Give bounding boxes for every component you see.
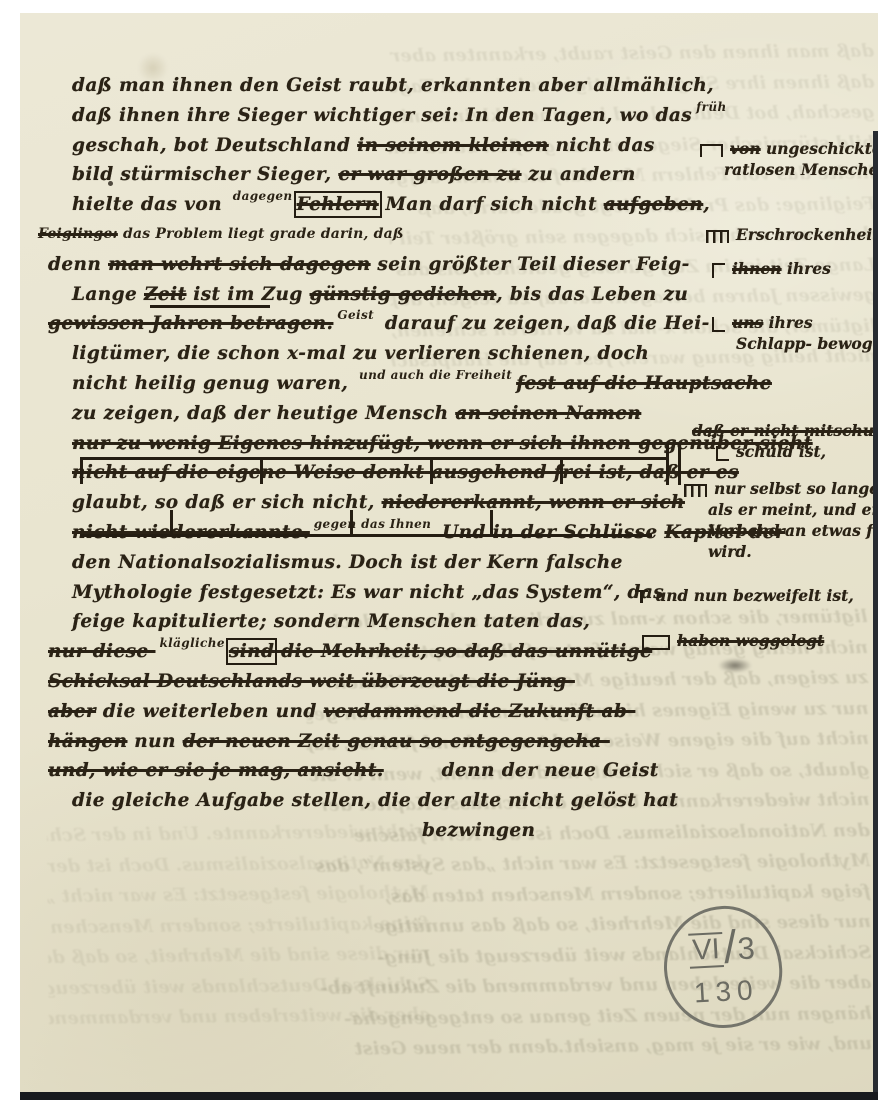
handwriting-segment: als er meint, und erst im [708, 500, 878, 519]
handwriting-segment: feige kapitulierte; sondern Menschen tat… [72, 611, 590, 632]
handwriting-segment: fest auf die Hauptsache [516, 373, 772, 394]
handwriting-segment: ihnen [732, 259, 782, 278]
handwriting-segment: den Nationalsozialismus. Doch ist der Ke… [72, 552, 623, 573]
archive-number-top: VI / 3 [688, 925, 756, 974]
revision-stroke [350, 510, 353, 537]
ink-smudge [718, 658, 752, 673]
handwriting-segment: haben weggelegt [677, 631, 824, 650]
handwriting-segment: uns [732, 313, 763, 332]
archive-number-circle: VI / 3 130 [661, 903, 785, 1031]
handwriting-segment: unnütige [555, 641, 652, 662]
handwriting-segment: aber [48, 701, 96, 722]
scanned-manuscript-page: daß man ihnen den Geist raubt, erkannten… [0, 0, 884, 1114]
handwriting-segment: ligtümer, die schon x-mal zu verlieren s… [72, 343, 649, 364]
manuscript-line: die gleiche Aufgabe stellen, die der alt… [72, 786, 712, 816]
handwriting-segment: aufgeben [604, 194, 703, 215]
manuscript-line: hängen nun der neuen Zeit genau so entge… [48, 727, 712, 757]
insertion-gate-icon [700, 144, 723, 157]
manuscript-line: und, wie er sie je mag, ansieht.denn der… [48, 756, 712, 786]
handwriting-segment: ist im Zug [186, 284, 309, 305]
manuscript-line: nicht auf die eigene Weise denkt ausgehe… [72, 458, 712, 488]
handwriting-segment: hängen [48, 731, 127, 752]
scan-edge-bottom [20, 1092, 878, 1100]
handwriting-segment: Feiglinge: [38, 226, 118, 242]
handwriting-segment: ihres [763, 313, 812, 332]
handwriting-segment: von [730, 139, 761, 158]
handwriting-segment: Zeit [144, 284, 186, 305]
interline-insertion: dagegen [233, 189, 293, 203]
handwriting-segment: er war großen zu [338, 164, 521, 185]
insertion-box-icon [642, 635, 670, 650]
handwriting-segment: nicht auf die eigene Weise denkt [72, 462, 424, 483]
manuscript-line: Schicksal Deutschlands weit überzeugt di… [48, 667, 712, 697]
handwriting-segment: Schicksal Deutschlands [48, 671, 303, 692]
handwriting-segment: Fehlern [297, 194, 379, 215]
handwriting-segment: Lange [72, 284, 144, 305]
insertion-grid-icon [684, 484, 707, 497]
handwriting-segment: hielte das von [72, 194, 229, 215]
manuscript-line: nur zu wenig Eigenes hinzufügt, wenn er … [72, 429, 712, 459]
handwriting-segment: daß er nicht mitschul- [692, 421, 878, 440]
handwriting-segment: ihres [782, 259, 831, 278]
manuscript-line: gewissen Jahren betragen.Geist darauf zu… [48, 309, 712, 339]
handwriting-segment: geschah, bot Deutschland [72, 135, 357, 156]
handwriting-segment: daß man ihnen den Geist raubt, erkannten… [72, 75, 714, 96]
margin-note: daß er nicht mitschul-schuld ist, [692, 420, 878, 462]
margin-note: Erschrockenheit, [706, 224, 878, 245]
handwriting-segment: die Mehrheit, so daß das [274, 641, 555, 662]
handwriting-segment: die gleiche Aufgabe stellen, die der alt… [72, 790, 678, 811]
bracket-bottom-icon [712, 317, 725, 332]
handwriting-segment: daß ihnen ihre Sieger wichtiger sei: In … [72, 105, 692, 126]
handwriting-segment: sind [229, 641, 274, 662]
handwriting-segment: Verband an etwas festem [708, 521, 878, 540]
handwriting-segment: nicht das [549, 135, 655, 156]
handwriting-segment: günstig gediehen [310, 284, 497, 305]
handwriting-segment: in seinem kleinen [357, 135, 548, 156]
handwriting-segment: nur diese [48, 641, 155, 662]
manuscript-line: daß man ihnen den Geist raubt, erkannten… [72, 71, 712, 101]
manuscript-line: daß ihnen ihre Sieger wichtiger sei: In … [72, 101, 712, 131]
handwriting-segment: wird. [708, 542, 752, 561]
manuscript-line: denn man wehrt sich dagegen sein größter… [48, 250, 712, 280]
handwriting-segment: nur selbst so lange es ist, [714, 479, 878, 498]
archive-page-number: 130 [693, 974, 759, 1009]
handwriting-segment: niedererkannt, wenn er sich [382, 492, 685, 513]
handwriting-segment: weit überzeugt die Jüng- [303, 671, 575, 692]
interline-insertion: und auch die Freiheit [359, 368, 512, 382]
handwriting-segment: Man darf sich nicht [379, 194, 604, 215]
handwriting-segment: denn [48, 254, 108, 275]
handwriting-segment: Erschrockenheit, [736, 225, 878, 244]
handwriting-segment: bezwingen [422, 820, 535, 841]
margin-note: von ungeschickten,ratlosen Menschen- [700, 138, 878, 180]
revision-stroke [490, 510, 493, 537]
interline-insertion: früh [696, 100, 727, 114]
handwriting-segment: und nun bezweifelt ist, [655, 586, 854, 605]
bracket-bottom-icon [716, 446, 729, 461]
manuscript-line: zu zeigen, daß der heutige Mensch an sei… [72, 399, 712, 429]
handwriting-segment: Schlapp- bewog [736, 334, 873, 353]
margin-note: nur selbst so lange es ist,als er meint,… [684, 478, 878, 562]
margin-note: ihnen ihres [712, 258, 831, 279]
revision-stroke [80, 457, 668, 460]
handwriting-segment: glaubt, so daß er sich nicht, [72, 492, 382, 513]
verso-bleedthrough-bottom-left: nicht wiedererkannte. Und in der Schlüss… [47, 817, 431, 1049]
handwriting-segment: , bis das Leben zu [496, 284, 688, 305]
handwriting-segment: denn der neue Geist [442, 760, 659, 781]
handwriting-segment: und, wie er sie je mag, ansieht. [48, 760, 384, 781]
handwriting-segment: nicht heilig genug waren, [72, 373, 355, 394]
manuscript-line: bild stürmischer Sieger, er war großen z… [72, 160, 712, 190]
interline-insertion: gegen das Ihnen [314, 517, 431, 531]
manuscript-line: hielte das von dagegenFehlern Man darf s… [72, 190, 712, 220]
revision-stroke [260, 457, 263, 484]
revision-stroke [430, 457, 433, 484]
handwriting-segment: nun [127, 731, 182, 752]
handwriting-segment: nicht wiedererkannte. [72, 522, 310, 543]
handwriting-segment: Und in der Schlüsse [435, 522, 664, 543]
manuscript-line: nicht wiedererkannte.gegen das Ihnen Und… [72, 518, 712, 548]
manuscript-line: aber die weiterleben und verdammend die … [48, 697, 712, 727]
interline-insertion: Geist [337, 308, 374, 322]
paper-stain [138, 53, 168, 83]
scan-edge-right [873, 131, 878, 1100]
handwriting-segment: gewissen Jahren betragen. [48, 313, 333, 334]
manuscript-line: Mythologie festgesetzt: Es war nicht „da… [72, 578, 712, 608]
manuscript-line: Feiglinge: das Problem liegt grade darin… [38, 220, 712, 250]
manuscript-line: nur diese kläglichesind die Mehrheit, so… [48, 637, 712, 667]
bracket-top-icon [712, 263, 725, 278]
revision-stroke [666, 443, 681, 485]
handwriting-segment: schuld ist, [736, 442, 826, 461]
margin-note: haben weggelegt [642, 630, 824, 651]
handwriting-segment: zu zeigen, daß der heutige Mensch [72, 403, 455, 424]
insertion-grid-icon [706, 230, 729, 243]
handwriting-segment: die weiterleben und [96, 701, 323, 722]
archive-series: 3 [737, 932, 756, 964]
interline-insertion: klägliche [159, 636, 224, 650]
manuscript-line: glaubt, so daß er sich nicht, niedererka… [72, 488, 712, 518]
revision-stroke [560, 457, 563, 484]
margin-note: und nun bezweifelt ist, [635, 585, 854, 606]
handwriting-segment: ratlosen Menschen- [724, 160, 878, 179]
ink-dot [108, 181, 113, 186]
margin-note: uns ihresSchlapp- bewog [712, 312, 873, 354]
manuscript-paper: daß man ihnen den Geist raubt, erkannten… [20, 13, 878, 1100]
handwriting-segment: der neuen Zeit genau so entgegengeha- [183, 731, 610, 752]
manuscript-line: geschah, bot Deutschland in seinem klein… [72, 131, 712, 161]
handwriting-segment: verdammend die Zukunft ab- [324, 701, 636, 722]
handwriting-segment: ungeschickten, [761, 139, 878, 158]
insertion-t-icon [635, 590, 648, 605]
manuscript-line: den Nationalsozialismus. Doch ist der Ke… [72, 548, 712, 578]
archive-separator: / [722, 923, 737, 970]
manuscript-line: nicht heilig genug waren, und auch die F… [72, 369, 712, 399]
handwriting-segment: Mythologie festgesetzt: Es war nicht „da… [72, 582, 664, 603]
handwriting-segment: darauf zu zeigen, daß die Hei- [378, 313, 710, 334]
manuscript-line: bezwingen [72, 816, 712, 846]
revision-stroke [170, 510, 173, 537]
handwriting-segment: das Problem liegt grade darin, daß [118, 226, 404, 242]
archive-volume: VI [688, 932, 723, 969]
handwriting-segment: man wehrt sich dagegen [108, 254, 371, 275]
revision-stroke [80, 534, 652, 537]
manuscript-line: ligtümer, die schon x-mal zu verlieren s… [72, 339, 712, 369]
handwriting-segment: zu andern [522, 164, 636, 185]
handwriting-segment: sein größter Teil dieser Feig- [371, 254, 690, 275]
handwriting-segment: an seinen Namen [455, 403, 641, 424]
revision-stroke [80, 457, 83, 484]
revision-stroke [150, 305, 270, 308]
manuscript-line: feige kapitulierte; sondern Menschen tat… [72, 607, 712, 637]
handwriting-segment: , [703, 194, 710, 215]
